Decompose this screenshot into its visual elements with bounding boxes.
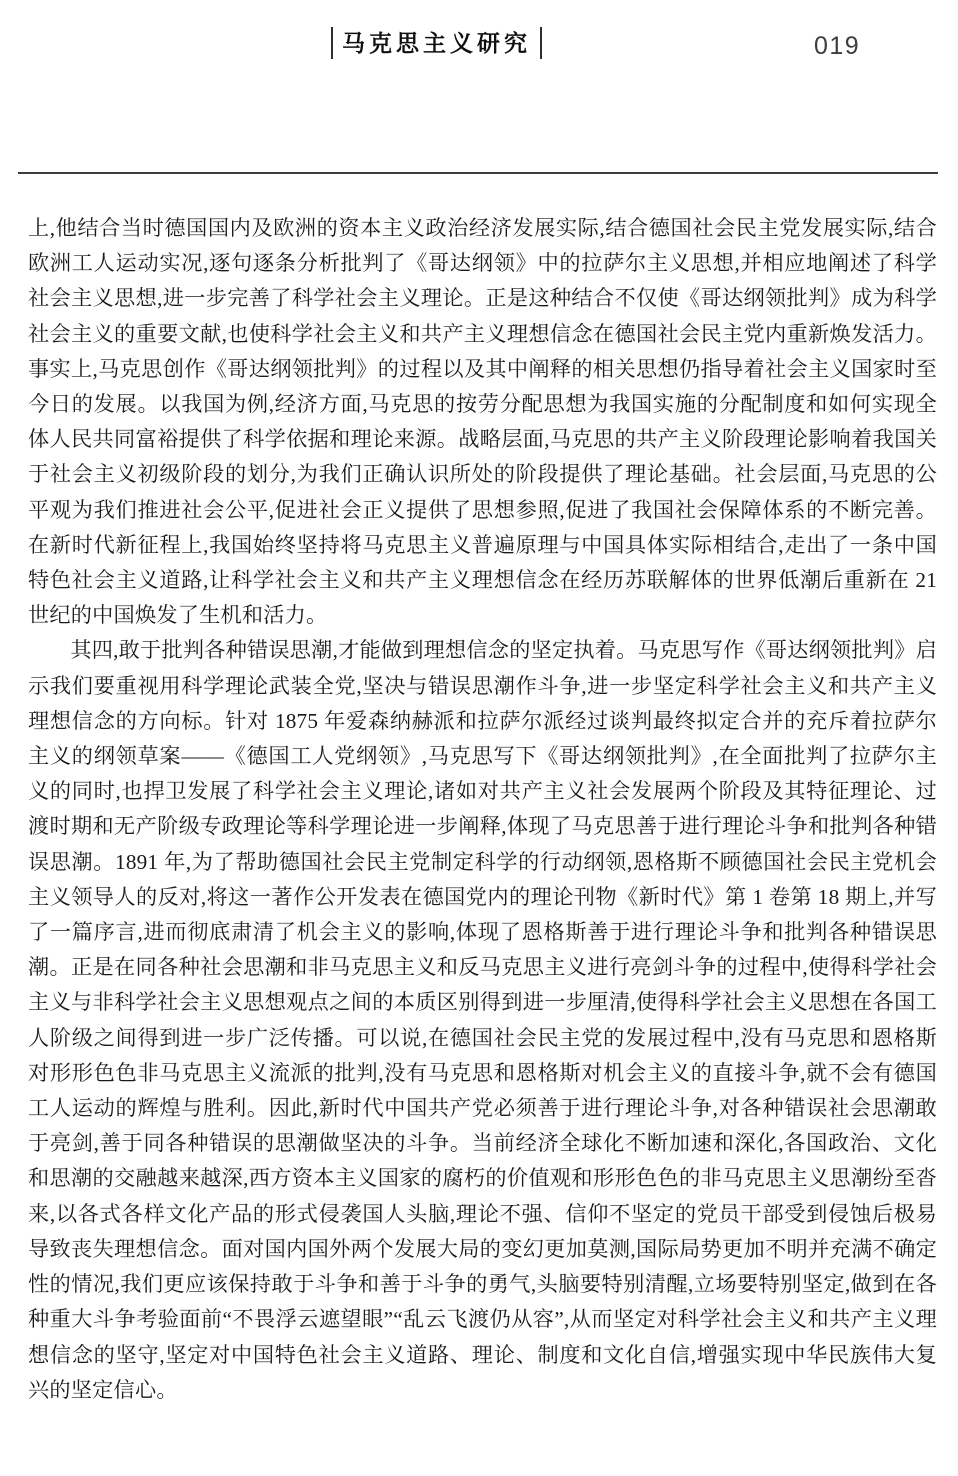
- title-side-rule-right: [540, 27, 542, 59]
- title-side-rule-left: [331, 27, 333, 59]
- journal-title: 马克思主义研究: [342, 27, 531, 59]
- page-number: 019: [814, 33, 860, 59]
- article-body: 上,他结合当时德国国内及欧洲的资本主义政治经济发展实际,结合德国社会民主党发展实…: [28, 211, 937, 1408]
- journal-title-block: 马克思主义研究: [331, 27, 542, 59]
- running-head: 马克思主义研究 019: [0, 0, 958, 80]
- header-divider-rule: [18, 172, 938, 174]
- journal-page: 马克思主义研究 019 上,他结合当时德国国内及欧洲的资本主义政治经济发展实际,…: [0, 0, 958, 1476]
- paragraph-continuation: 上,他结合当时德国国内及欧洲的资本主义政治经济发展实际,结合德国社会民主党发展实…: [28, 211, 937, 633]
- paragraph-point-four: 其四,敢于批判各种错误思潮,才能做到理想信念的坚定执着。马克思写作《哥达纲领批判…: [28, 633, 937, 1407]
